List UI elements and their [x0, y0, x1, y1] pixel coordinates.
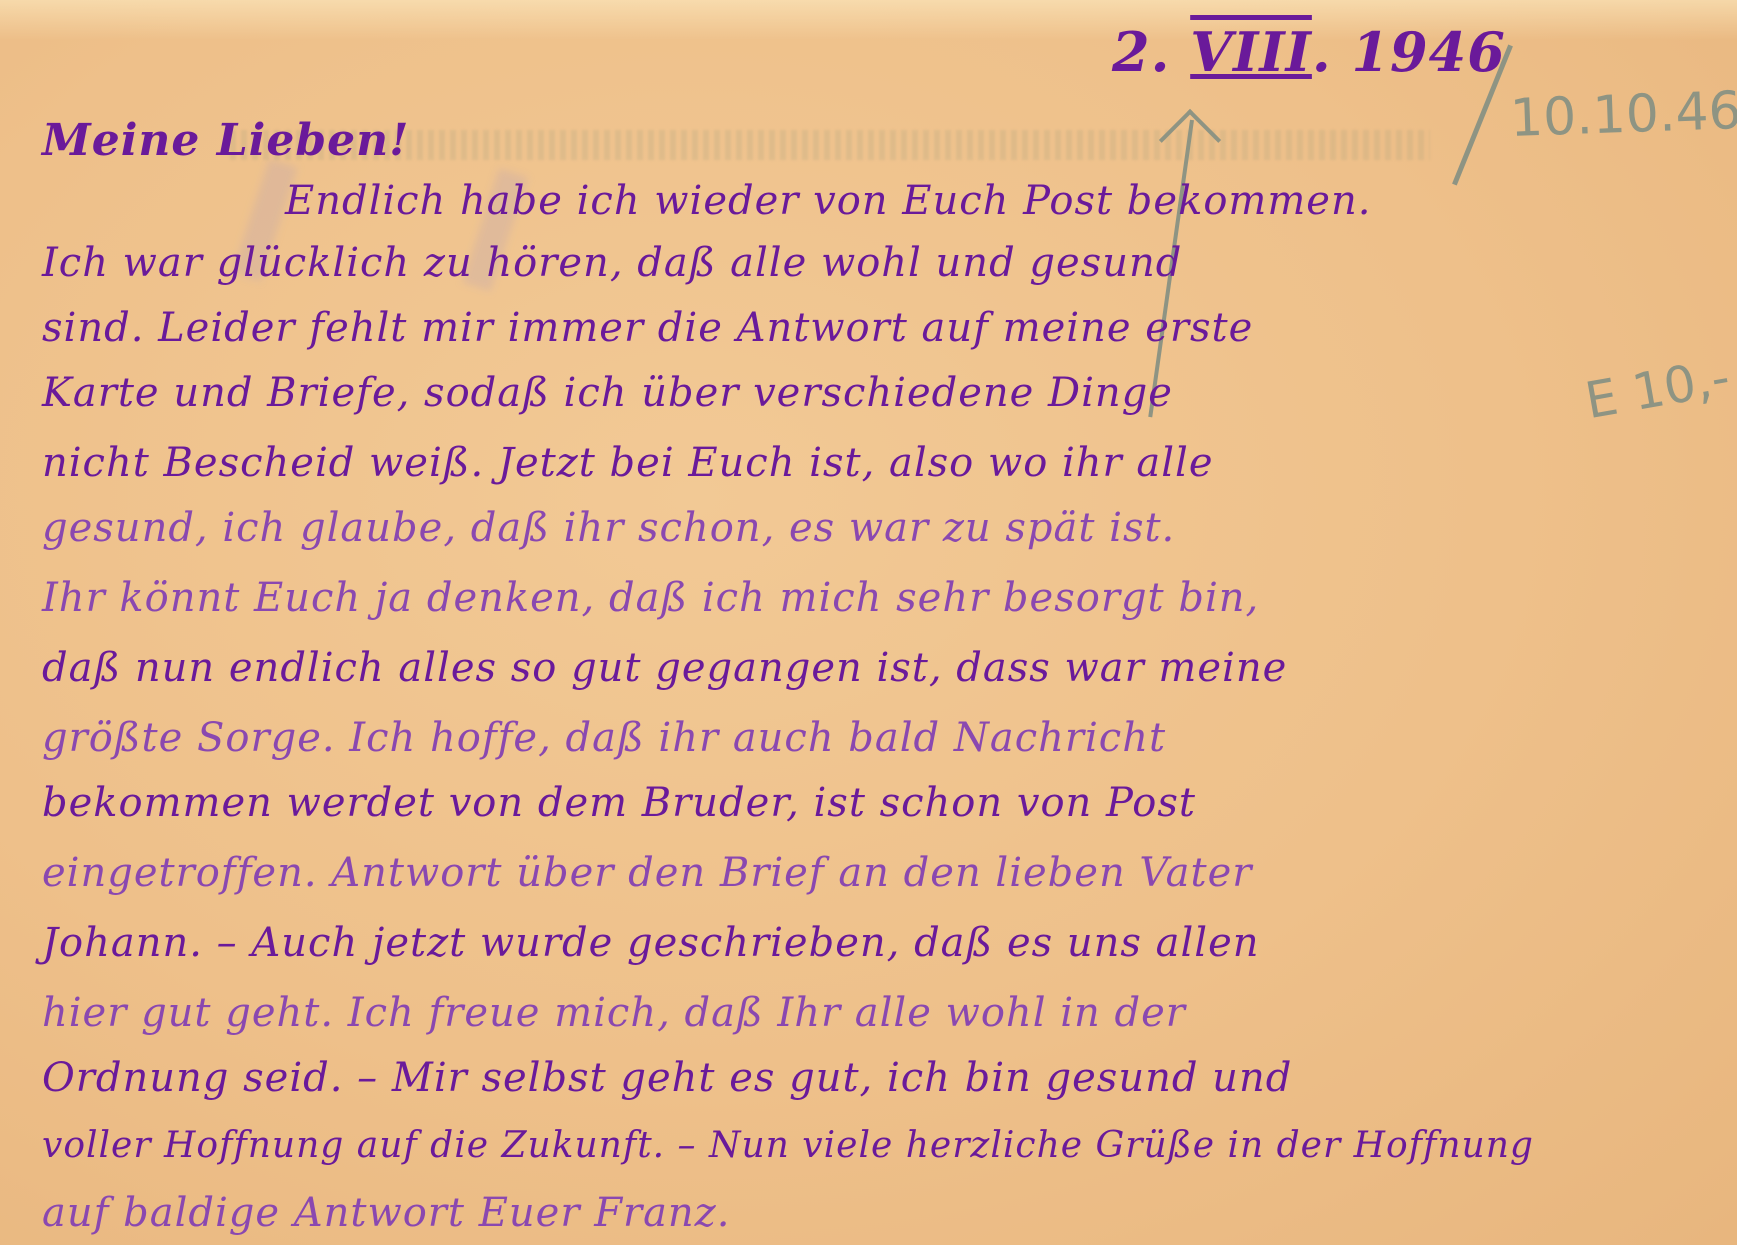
date-year: . 1946	[1312, 20, 1506, 84]
arrow-head-icon	[1159, 109, 1221, 171]
body-line: Ordnung seid. – Mir selbst geht es gut, …	[42, 1055, 1292, 1101]
letter-date: 2. VIII. 1946	[1112, 20, 1506, 84]
body-line: Johann. – Auch jetzt wurde geschrieben, …	[42, 920, 1260, 966]
body-line: Ich war glücklich zu hören, daß alle woh…	[42, 240, 1182, 286]
body-line: sind. Leider fehlt mir immer die Antwort…	[42, 305, 1253, 351]
body-line: gesund, ich glaube, daß ihr schon, es wa…	[42, 505, 1175, 551]
body-line: bekommen werdet von dem Bruder, ist scho…	[42, 780, 1196, 826]
body-line: Endlich habe ich wieder von Euch Post be…	[285, 178, 1371, 224]
received-date-pencil: 10.10.46	[1509, 81, 1737, 149]
body-line: hier gut geht. Ich freue mich, daß Ihr a…	[42, 990, 1186, 1036]
salutation: Meine Lieben!	[42, 115, 409, 166]
body-line: nicht Bescheid weiß. Jetzt bei Euch ist,…	[42, 440, 1214, 486]
margin-note-pencil: E 10,-	[1581, 348, 1734, 430]
closing-line: auf baldige Antwort Euer Franz.	[42, 1190, 730, 1236]
date-month: VIII	[1190, 20, 1312, 84]
date-day: 2.	[1112, 20, 1170, 84]
body-line: Karte und Briefe, sodaß ich über verschi…	[42, 370, 1173, 416]
body-line: voller Hoffnung auf die Zukunft. – Nun v…	[42, 1125, 1534, 1166]
body-line: größte Sorge. Ich hoffe, daß ihr auch ba…	[42, 715, 1166, 761]
body-line: eingetroffen. Antwort über den Brief an …	[42, 850, 1252, 896]
body-line: daß nun endlich alles so gut gegangen is…	[42, 645, 1287, 691]
body-line: Ihr könnt Euch ja denken, daß ich mich s…	[42, 575, 1259, 621]
faint-printed-header	[230, 130, 1430, 160]
